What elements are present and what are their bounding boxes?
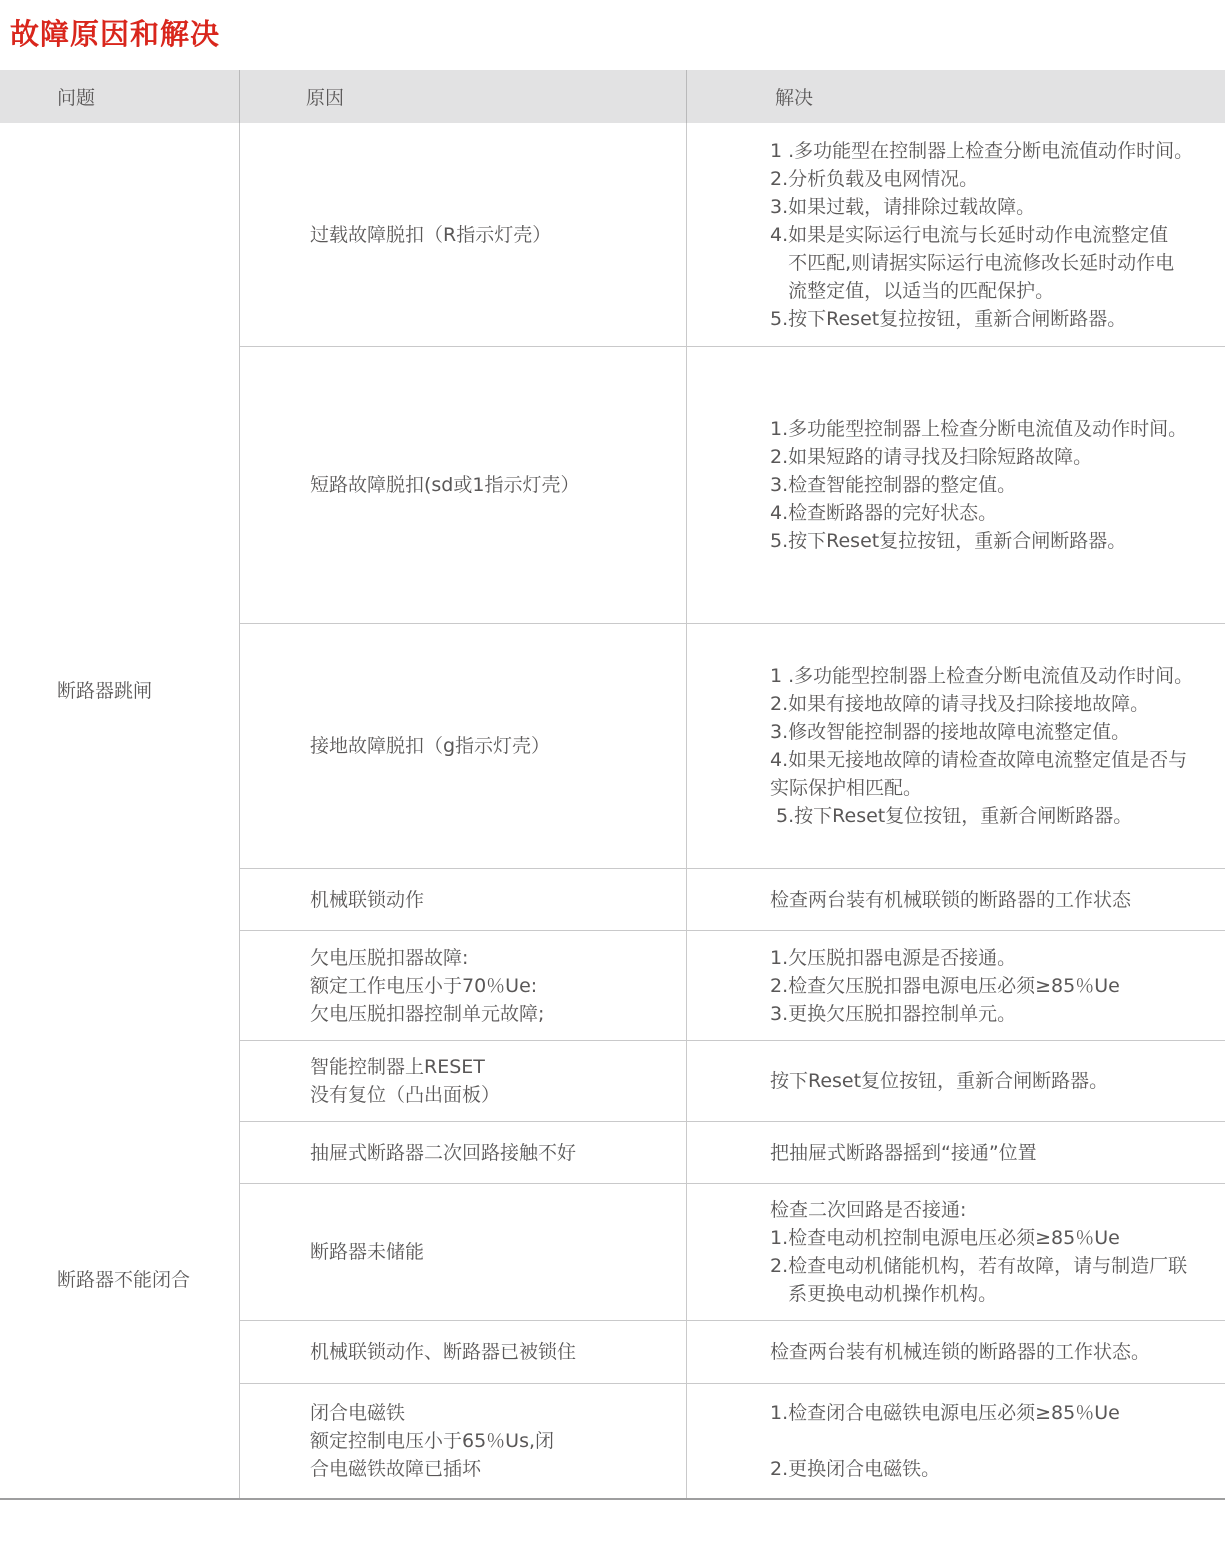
text-line: 1.多功能型控制器上检查分断电流值及动作时间。 [770,415,1207,443]
solution-cell: 1.检查闭合电磁铁电源电压必须≥85％Ue2.更换闭合电磁铁。 [687,1384,1225,1498]
table-row: 机械联锁动作、断路器已被锁住 检查两台装有机械连锁的断路器的工作状态。 [240,1320,1225,1383]
solution-cell: 1.多功能型控制器上检查分断电流值及动作时间。2.如果短路的请寻找及扫除短路故障… [687,347,1225,623]
text-line: 闭合电磁铁 [310,1399,662,1427]
text-line: 5.按下Reset复位按钮，重新合闸断路器。 [770,802,1207,830]
manual-page: 故障原因和解决 问题 原因 解决 断路器跳闸 断路器不能闭合 过载故障脱扣（R指… [0,0,1232,1547]
text-line: 系更换电动机操作机构。 [770,1280,1207,1308]
text-line: 实际保护相匹配。 [770,774,1207,802]
text-line: 1.检查电动机控制电源电压必须≥85％Ue [770,1224,1207,1252]
text-line: 2.分析负载及电网情况。 [770,165,1207,193]
text-line: 检查两台装有机械联锁的断路器的工作状态 [770,886,1207,914]
table-row: 闭合电磁铁额定控制电压小于65％Us,闭合电磁铁故障已插坏 1.检查闭合电磁铁电… [240,1383,1225,1498]
table-row: 智能控制器上RESET没有复位（凸出面板） 按下Reset复位按钮，重新合闸断路… [240,1040,1225,1121]
table-row: 欠电压脱扣器故障:额定工作电压小于70％Ue:欠电压脱扣器控制单元故障; 1.欠… [240,930,1225,1040]
text-line: 流整定值，以适当的匹配保护。 [770,277,1207,305]
cause-cell: 短路故障脱扣(sd或1指示灯壳） [240,347,687,623]
table-body: 断路器跳闸 断路器不能闭合 过载故障脱扣（R指示灯壳） 1 .多功能型在控制器上… [0,123,1225,1498]
text-line: 不匹配,则请据实际运行电流修改长延时动作电 [770,249,1207,277]
text-line: 没有复位（凸出面板） [310,1081,662,1109]
solution-cell: 1 .多功能型控制器上检查分断电流值及动作时间。2.如果有接地故障的请寻找及扫除… [687,624,1225,868]
table-row: 抽屉式断路器二次回路接触不好 把抽屉式断路器摇到“接通”位置 [240,1121,1225,1183]
problem-group-breaker-cannot-close: 断路器不能闭合 [57,1266,190,1294]
text-line: 按下Reset复位按钮，重新合闸断路器。 [770,1067,1207,1095]
table-row: 过载故障脱扣（R指示灯壳） 1 .多功能型在控制器上检查分断电流值动作时间。2.… [240,123,1225,346]
text-line: 过载故障脱扣（R指示灯壳） [310,221,662,249]
table-header-row: 问题 原因 解决 [0,70,1225,123]
text-line: 1 .多功能型在控制器上检查分断电流值动作时间。 [770,137,1207,165]
text-line: 2.如果有接地故障的请寻找及扫除接地故障。 [770,690,1207,718]
text-line: 3.更换欠压脱扣器控制单元。 [770,1000,1207,1028]
text-line: 5.按下Reset复拉按钮，重新合闸断路器。 [770,305,1207,333]
solution-cell: 把抽屉式断路器摇到“接通”位置 [687,1122,1225,1183]
cause-cell: 机械联锁动作、断路器已被锁住 [240,1321,687,1383]
solution-cell: 按下Reset复位按钮，重新合闸断路器。 [687,1041,1225,1121]
solution-cell: 检查两台装有机械连锁的断路器的工作状态。 [687,1321,1225,1383]
cause-cell: 断路器未储能 [240,1184,687,1320]
text-line: 5.按下Reset复拉按钮，重新合闸断路器。 [770,527,1207,555]
text-line: 接地故障脱扣（g指示灯壳） [310,732,662,760]
text-line: 机械联锁动作 [310,886,662,914]
text-line: 把抽屉式断路器摇到“接通”位置 [770,1139,1207,1167]
cause-cell: 过载故障脱扣（R指示灯壳） [240,123,687,346]
cause-cell: 抽屉式断路器二次回路接触不好 [240,1122,687,1183]
fault-table: 问题 原因 解决 断路器跳闸 断路器不能闭合 过载故障脱扣（R指示灯壳） 1 .… [0,70,1225,1500]
solution-cell: 1 .多功能型在控制器上检查分断电流值动作时间。2.分析负载及电网情况。3.如果… [687,123,1225,346]
cause-cell: 欠电压脱扣器故障:额定工作电压小于70％Ue:欠电压脱扣器控制单元故障; [240,931,687,1040]
header-solution: 解决 [687,70,1225,123]
text-line: 2.更换闭合电磁铁。 [770,1455,1207,1483]
text-line: 4.检查断路器的完好状态。 [770,499,1207,527]
text-line: 抽屉式断路器二次回路接触不好 [310,1139,662,1167]
text-line: 额定工作电压小于70％Ue: [310,972,662,1000]
text-line: 机械联锁动作、断路器已被锁住 [310,1338,662,1366]
text-line: 1.欠压脱扣器电源是否接通。 [770,944,1207,972]
header-problem: 问题 [0,70,240,123]
solution-cell: 检查二次回路是否接通:1.检查电动机控制电源电压必须≥85％Ue2.检查电动机储… [687,1184,1225,1320]
cause-cell: 机械联锁动作 [240,869,687,930]
text-line: 2.如果短路的请寻找及扫除短路故障。 [770,443,1207,471]
text-line: 3.如果过载，请排除过载故障。 [770,193,1207,221]
text-line: 2.检查欠压脱扣器电源电压必须≥85％Ue [770,972,1207,1000]
header-cause: 原因 [240,70,687,123]
table-row: 断路器未储能 检查二次回路是否接通:1.检查电动机控制电源电压必须≥85％Ue2… [240,1183,1225,1320]
text-line: 3.检查智能控制器的整定值。 [770,471,1207,499]
solution-cell: 检查两台装有机械联锁的断路器的工作状态 [687,869,1225,930]
text-line: 3.修改智能控制器的接地故障电流整定值。 [770,718,1207,746]
cause-cell: 接地故障脱扣（g指示灯壳） [240,624,687,868]
text-line: 4.如果是实际运行电流与长延时动作电流整定值 [770,221,1207,249]
text-line: 欠电压脱扣器故障: [310,944,662,972]
text-line: 欠电压脱扣器控制单元故障; [310,1000,662,1028]
text-line [770,1427,1207,1455]
text-line: 额定控制电压小于65％Us,闭 [310,1427,662,1455]
table-row: 短路故障脱扣(sd或1指示灯壳） 1.多功能型控制器上检查分断电流值及动作时间。… [240,346,1225,623]
table-row: 接地故障脱扣（g指示灯壳） 1 .多功能型控制器上检查分断电流值及动作时间。2.… [240,623,1225,868]
text-line: 短路故障脱扣(sd或1指示灯壳） [310,471,662,499]
text-line: 1 .多功能型控制器上检查分断电流值及动作时间。 [770,662,1207,690]
text-line: 1.检查闭合电磁铁电源电压必须≥85％Ue [770,1399,1207,1427]
cause-cell: 智能控制器上RESET没有复位（凸出面板） [240,1041,687,1121]
text-line: 4.如果无接地故障的请检查故障电流整定值是否与 [770,746,1207,774]
page-title: 故障原因和解决 [0,0,1232,52]
problem-column: 断路器跳闸 断路器不能闭合 [0,123,240,1498]
text-line: 断路器未储能 [310,1238,662,1266]
problem-group-breaker-trips: 断路器跳闸 [57,677,152,705]
cause-cell: 闭合电磁铁额定控制电压小于65％Us,闭合电磁铁故障已插坏 [240,1384,687,1498]
text-line: 检查两台装有机械连锁的断路器的工作状态。 [770,1338,1207,1366]
solution-cell: 1.欠压脱扣器电源是否接通。2.检查欠压脱扣器电源电压必须≥85％Ue3.更换欠… [687,931,1225,1040]
rows-area: 过载故障脱扣（R指示灯壳） 1 .多功能型在控制器上检查分断电流值动作时间。2.… [240,123,1225,1498]
text-line: 2.检查电动机储能机构，若有故障，请与制造厂联 [770,1252,1207,1280]
text-line: 合电磁铁故障已插坏 [310,1455,662,1483]
text-line: 智能控制器上RESET [310,1053,662,1081]
table-row: 机械联锁动作 检查两台装有机械联锁的断路器的工作状态 [240,868,1225,930]
text-line: 检查二次回路是否接通: [770,1196,1207,1224]
